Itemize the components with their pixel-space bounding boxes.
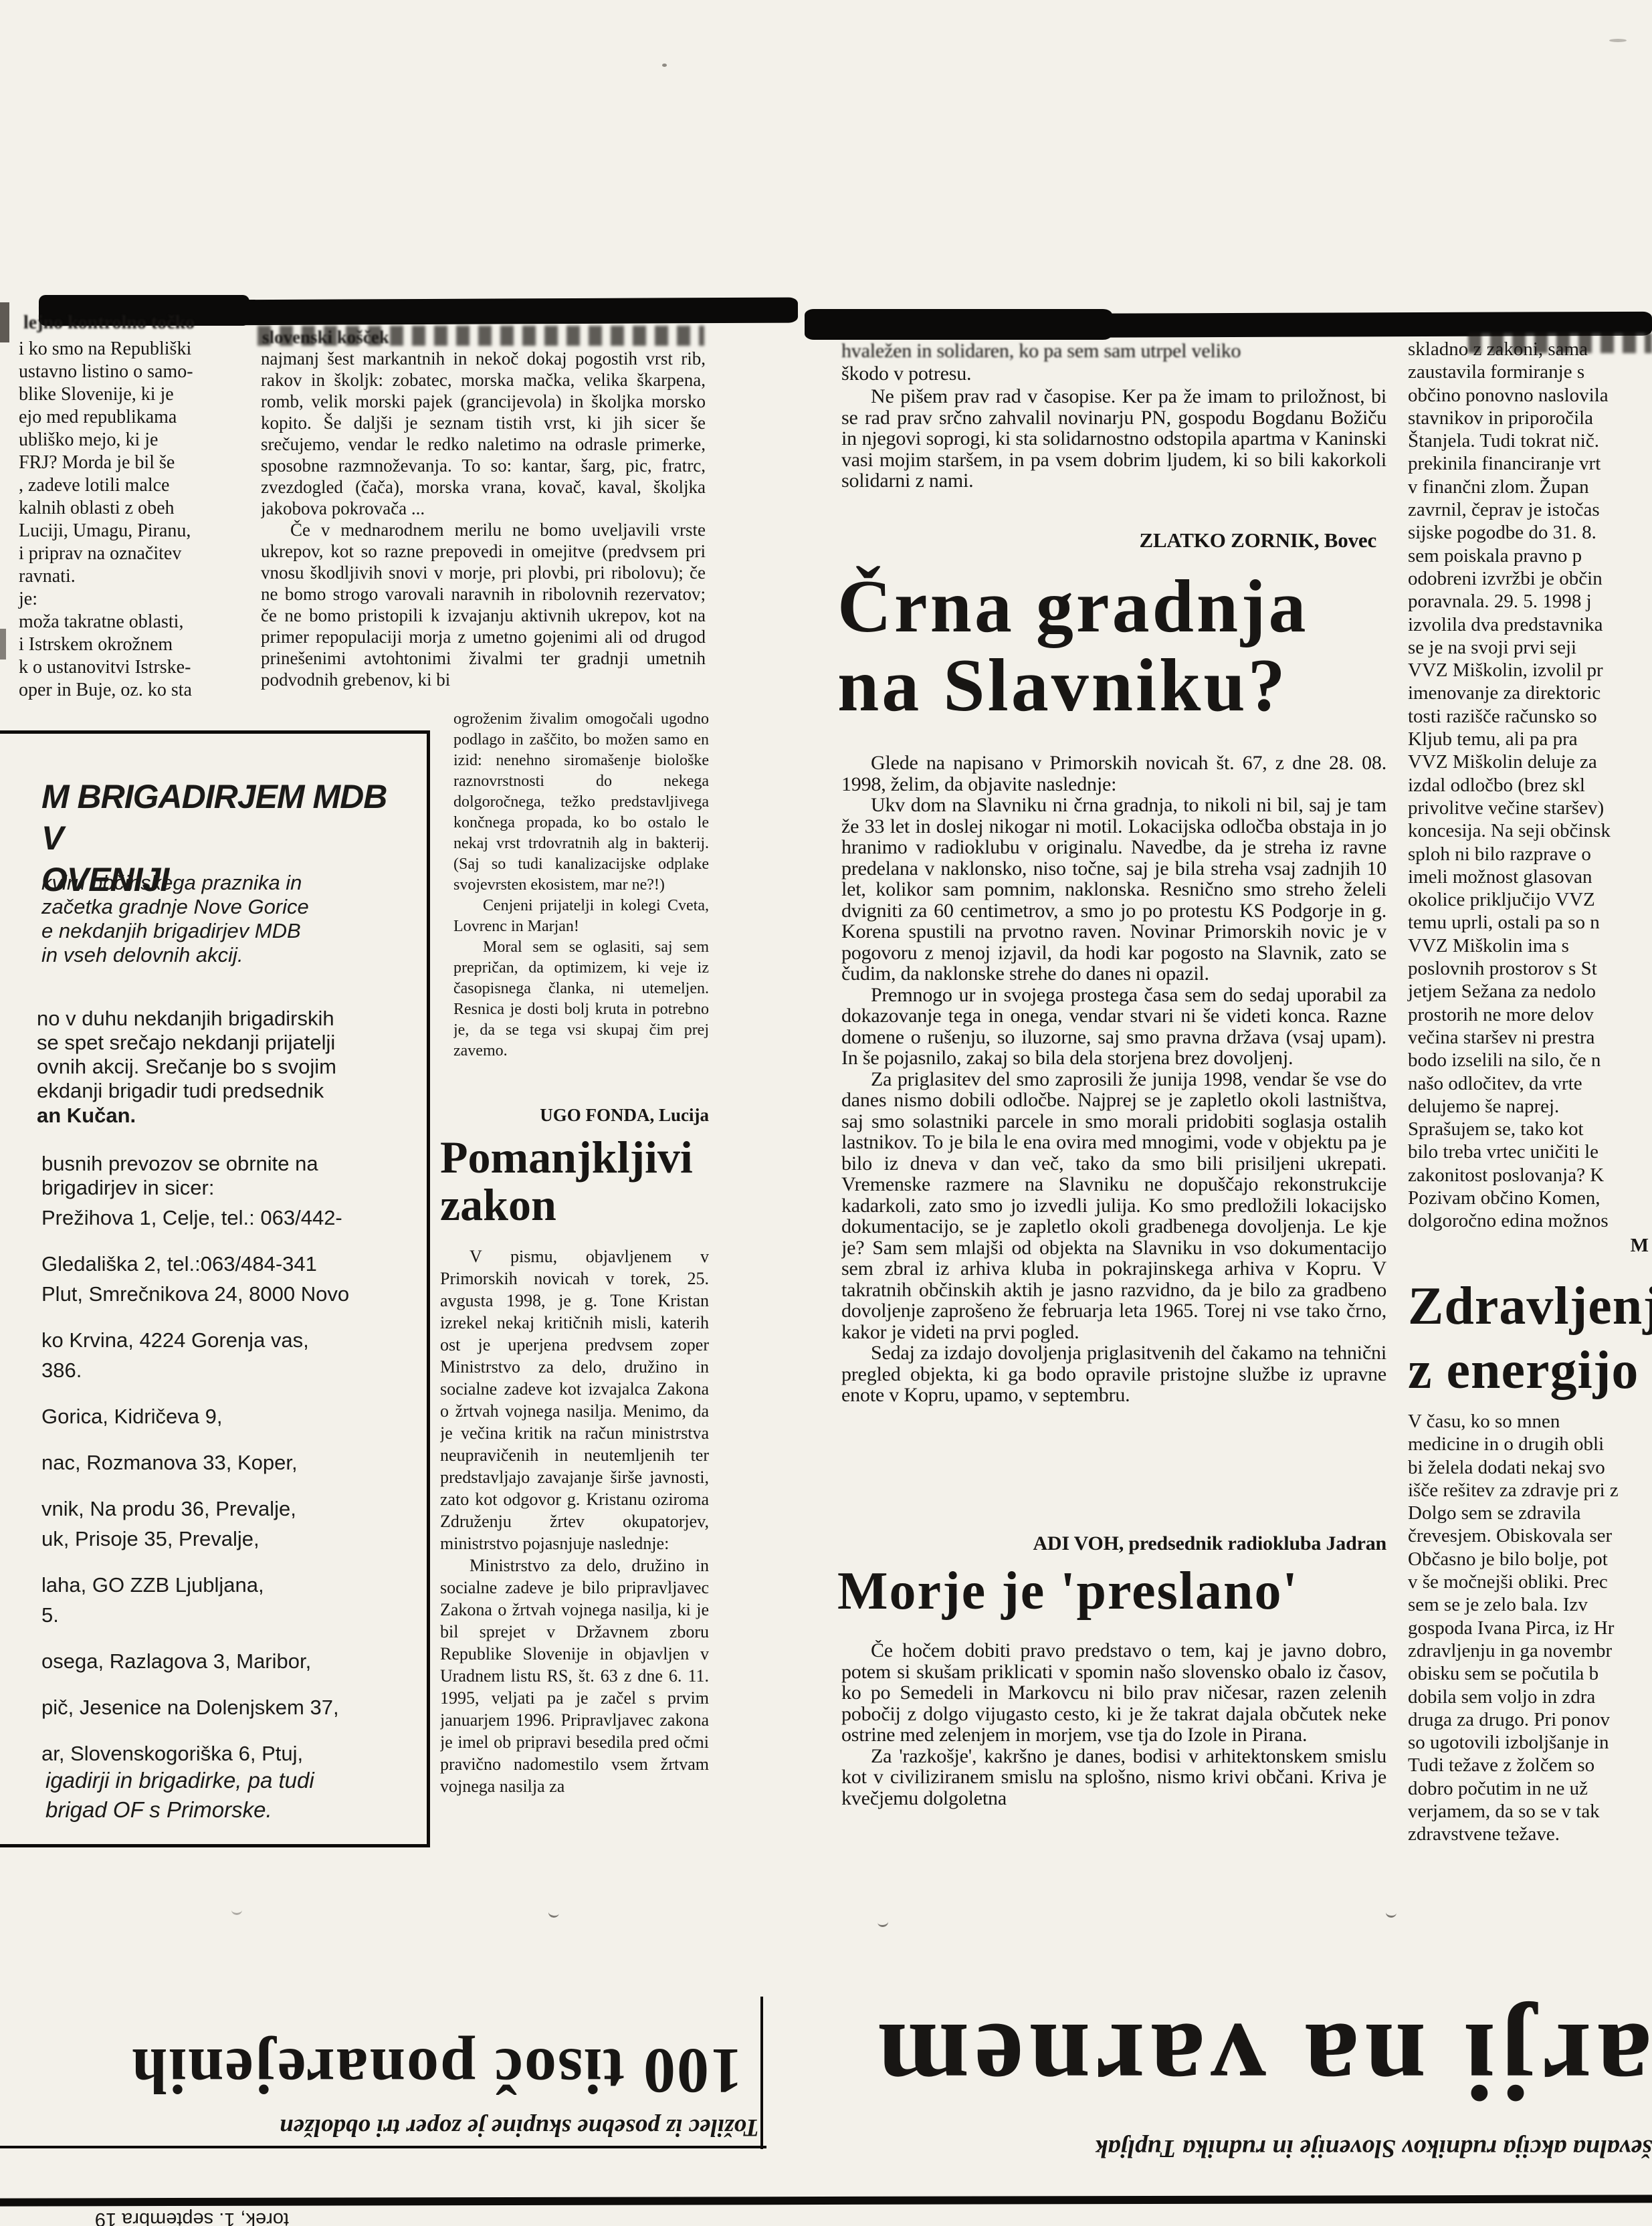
letter-zornik-line: škodo v potresu. — [841, 363, 1386, 385]
article-zakon-body: V pismu, objavljenem v Primorskih novica… — [440, 1245, 709, 1866]
paragraph: Premnogo ur in svojega prostega časa sem… — [841, 985, 1386, 1069]
ad-address-group: osega, Razlagova 3, Maribor, — [41, 1646, 413, 1676]
signature-ugo-fonda: UGO FONDA, Lucija — [453, 1105, 709, 1126]
headline-line: Črna gradnja — [837, 567, 1506, 646]
bottom-box-vertical-rule — [760, 1997, 763, 2149]
column1-cut-headline: lejno kontrolno točko — [23, 312, 254, 334]
paragraph: Za 'razkošje', kakršno je danes, bodisi … — [841, 1746, 1386, 1809]
flipped-headline-na-varnem: arji na varnem — [816, 2001, 1652, 2125]
ad-body-bold: an Kučan. — [37, 1104, 408, 1128]
column2-wide-text: najmanj šest markantnih in nekoč dokaj p… — [261, 348, 706, 714]
bottom-full-rule — [0, 2195, 1652, 2206]
paragraph: Za priglasitev del smo zaprosili že juni… — [841, 1069, 1386, 1343]
headline-line: z energijo — [1408, 1338, 1652, 1403]
ad-address-group: vnik, Na produ 36, Prevalje, uk, Prisoje… — [41, 1494, 413, 1554]
paragraph: ogroženim živalim omogočali ugodno podla… — [453, 709, 709, 896]
bottom-box-horizontal-rule — [0, 2146, 766, 2148]
scan-speck — [662, 64, 667, 67]
paragraph: Sedaj za izdajo dovoljenja priglasitveni… — [841, 1342, 1386, 1406]
ad-address-group: Gledališka 2, tel.:063/484-341 Plut, Smr… — [41, 1249, 413, 1309]
ad-address-group: Gorica, Kidričeva 9, — [41, 1401, 413, 1431]
headline-line: zakon — [440, 1181, 721, 1229]
column1-text: i ko smo na Republiški ustavno listino o… — [19, 338, 253, 702]
scan-mark — [1385, 1907, 1397, 1918]
flipped-date-line: torek, 1. septembra 19 — [15, 2209, 289, 2226]
paragraph: Cenjeni prijatelji in kolegi Cveta, Lovr… — [453, 896, 709, 937]
signature-zlatko-zornik: ZLATKO ZORNIK, Bovec — [841, 530, 1376, 551]
headline-zdravljenje-energijo: Zdravljenj z energijo — [1408, 1274, 1652, 1403]
paragraph: Ukv dom na Slavniku ni črna gradnja, to … — [841, 795, 1386, 985]
flipped-subline-rudniki: ševalna akcija rudnikov Slovenije in rud… — [869, 2128, 1652, 2163]
paragraph: Ne pišem prav rad v časopise. Ker pa že … — [841, 386, 1386, 492]
headline-crna-gradnja: Črna gradnja na Slavniku? — [837, 567, 1506, 725]
flipped-subline-tozilec: Tožilec iz posebne skupine je zoper tri … — [10, 2108, 759, 2142]
ad-address-group: ar, Slovenskogoriška 6, Ptuj, — [41, 1738, 413, 1768]
paragraph: Če v mednarodnem merilu ne bomo uveljavi… — [261, 519, 706, 690]
ad-contact: busnih prevozov se obrnite na brigadirje… — [41, 1152, 406, 1200]
newspaper-scan-page: lejno kontrolno točko i ko smo na Republ… — [0, 0, 1652, 2226]
ink-bar-right-blob — [805, 309, 1112, 340]
scan-speck — [1609, 39, 1627, 42]
article-slavnik-body: Glede na napisano v Primorskih novicah š… — [841, 752, 1386, 1530]
letter-zornik-cut-line: hvaležen in solidaren, ko pa sem sam utr… — [841, 340, 1386, 362]
headline-line: Pomanjkljivi — [440, 1134, 721, 1181]
flipped-headline-100-tisoc: 100 tisoč ponarejenih — [20, 2021, 742, 2108]
ad-intro: kviru občinskega praznika in začetka gra… — [41, 871, 406, 967]
paragraph: Moral sem se oglasiti, saj sem prepričan… — [453, 937, 709, 1061]
scan-mark — [231, 1905, 242, 1915]
paragraph: Glede na napisano v Primorskih novicah š… — [841, 752, 1386, 795]
column5-text-part1: skladno z zakoni, sama zaustavila formir… — [1408, 338, 1652, 1233]
ad-body: no v duhu nekdanjih brigadirskih se spet… — [37, 1007, 408, 1103]
headline-morje-preslano: Morje je 'preslano' — [837, 1564, 1506, 1619]
headline-line: na Slavniku? — [837, 646, 1506, 725]
article-morje-body: Če hočem dobiti pravo predstavo o tem, k… — [841, 1640, 1386, 1867]
headline-pomanjkljivi-zakon: Pomanjkljivi zakon — [440, 1134, 721, 1228]
ad-address-group: laha, GO ZZB Ljubljana, 5. — [41, 1570, 413, 1630]
column2-narrow-text: ogroženim živalim omogočali ugodno podla… — [453, 709, 709, 1105]
ad-address-group: pič, Jesenice na Dolenjskem 37, — [41, 1692, 413, 1722]
letter-zornik-body: Ne pišem prav rad v časopise. Ker pa že … — [841, 386, 1386, 492]
paragraph: najmanj šest markantnih in nekoč dokaj p… — [261, 348, 706, 519]
scan-mark — [877, 1916, 888, 1928]
signature-adi-voh: ADI VOH, predsednik radiokluba Jadran — [841, 1533, 1386, 1554]
paragraph: Ministrstvo za delo, družino in socialne… — [440, 1554, 709, 1797]
paragraph: V pismu, objavljenem v Primorskih novica… — [440, 1245, 709, 1554]
scan-speck — [0, 302, 9, 342]
column2-cut-line: slovenski košček — [262, 326, 704, 348]
scan-speck — [0, 629, 6, 660]
ad-address-group: Prežihova 1, Celje, tel.: 063/442- — [41, 1203, 413, 1233]
column5-text-part2: V času, ko so mnen medicine in o drugih … — [1408, 1410, 1652, 1846]
ad-address-group: ko Krvina, 4224 Gorenja vas, 386. — [41, 1325, 413, 1385]
column5-m-line: M — [1408, 1234, 1649, 1257]
ad-addresses: Prežihova 1, Celje, tel.: 063/442- Gleda… — [41, 1203, 413, 1785]
scan-mark — [548, 1907, 560, 1918]
ad-closing: igadirji in brigadirke, pa tudi brigad O… — [45, 1766, 410, 1825]
ad-address-group: nac, Rozmanova 33, Koper, — [41, 1447, 413, 1478]
paragraph: Če hočem dobiti pravo predstavo o tem, k… — [841, 1640, 1386, 1746]
headline-line: Zdravljenj — [1408, 1274, 1652, 1338]
